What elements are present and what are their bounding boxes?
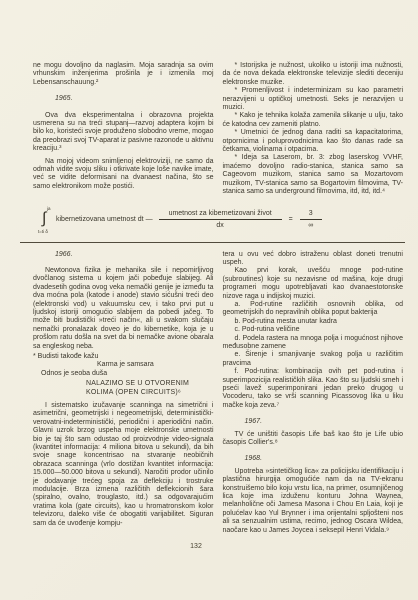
fraction-numerator: umetnost za kibernetizovani život (159, 210, 282, 220)
integral-symbol: ∫ ja t=ti δ (38, 208, 54, 232)
body-paragraph: TV će uništiti časopis Life baš kao što … (223, 431, 404, 448)
math-formula: ∫ ja t=ti δ kibernetizovana umetnost dt … (38, 204, 403, 236)
poem-line: Odnos je seoba duša (33, 370, 214, 378)
body-paragraph: Ova dva eksperimentalna i obrazovna proj… (33, 112, 214, 154)
body-paragraph: ne mogu dovoljno da naglasim. Moja sarad… (33, 62, 214, 87)
section-date-1965: 1965. (33, 95, 214, 103)
left-column-top: ne mogu dovoljno da naglasim. Moja sarad… (33, 62, 214, 197)
bullet-item: * Promenljivost i indeterminizam su kao … (223, 87, 404, 112)
list-item-a: a. Pod-rutine različitih osnovnih oblika… (223, 301, 404, 318)
heading-line: KOLIMA (OPEN CIRCUITS)⁶ (86, 389, 214, 397)
formula-fraction: umetnost za kibernetizovani život dx (159, 210, 282, 229)
list-item-c: c. Pod-rutina veličine (223, 326, 404, 334)
poem-line: Karma je samsara (33, 361, 214, 369)
integral-lower-limit: t=ti δ (38, 229, 48, 234)
list-item-f: f. Pod-rutina: kombinacija ovih pet pod-… (223, 368, 404, 410)
bullet-item: * Kako je tehnika kolaža zamenila slikan… (223, 112, 404, 129)
list-item-b: b. Pod-rutina mesta unutar kadra (223, 318, 404, 326)
heading-line: NALAZIMO SE U OTVORENIM (86, 380, 214, 388)
right-column-bottom: tera u ovu već dobro istraženu oblast do… (223, 251, 404, 536)
bottom-columns: 1966. Newtonova fizika je mehanika sile … (33, 251, 403, 536)
scanned-book-page: ne mogu dovoljno da naglasim. Moja sarad… (0, 0, 418, 600)
body-paragraph: Kao prvi korak, uvešću mnoge pod-rutine … (223, 267, 404, 301)
integral-sign: ∫ (42, 209, 46, 229)
page-number: 132 (0, 543, 392, 550)
bullet-item: * Umetnici će jednog dana raditi sa kapa… (223, 129, 404, 154)
page-content: ne mogu dovoljno da naglasim. Moja sarad… (33, 62, 403, 535)
body-paragraph: Upotreba »sintetičkog lica« za policijsk… (223, 468, 404, 535)
top-columns: ne mogu dovoljno da naglasim. Moja sarad… (33, 62, 403, 197)
formula-result-fraction: 3 ∞ (300, 210, 322, 229)
section-heading-open-circuits: NALAZIMO SE U OTVORENIM KOLIMA (OPEN CIR… (33, 380, 214, 397)
integral-upper-limit: ja (47, 206, 51, 211)
section-date-1968: 1968. (223, 455, 404, 463)
formula-dash: — (146, 216, 153, 223)
section-date-1966: 1966. (33, 251, 214, 259)
formula-integrand: kibernetizovana umetnost dt (56, 216, 144, 223)
fraction-denominator: dx (216, 220, 223, 229)
list-item-d: d. Podela rastera na mnoga polja i moguć… (223, 335, 404, 352)
poem-line: * Budisti takođe kažu (33, 353, 214, 361)
right-column-top: * Istorijska je nužnost, ukoliko u istor… (223, 62, 404, 197)
body-paragraph: I sistematsko izučavanje scanninga na si… (33, 402, 214, 528)
bullet-item: * Istorijska je nužnost, ukoliko u istor… (223, 62, 404, 87)
body-paragraph: Na mojoj videom snimljenoj elektroviziji… (33, 158, 214, 192)
equals-sign: = (289, 216, 293, 223)
result-numerator: 3 (300, 210, 322, 220)
body-paragraph: tera u ovu već dobro istraženu oblast do… (223, 251, 404, 268)
body-paragraph: Newtonova fizika je mehanika sile i nepo… (33, 267, 214, 351)
section-date-1967: 1967. (223, 418, 404, 426)
bullet-item: * Ideja sa Laserom, br. 3: zbog lasersko… (223, 154, 404, 196)
result-denominator: ∞ (308, 220, 313, 229)
left-column-bottom: 1966. Newtonova fizika je mehanika sile … (33, 251, 214, 536)
list-item-e: e. Širenje i smanjivanje svakog polja u … (223, 351, 404, 368)
